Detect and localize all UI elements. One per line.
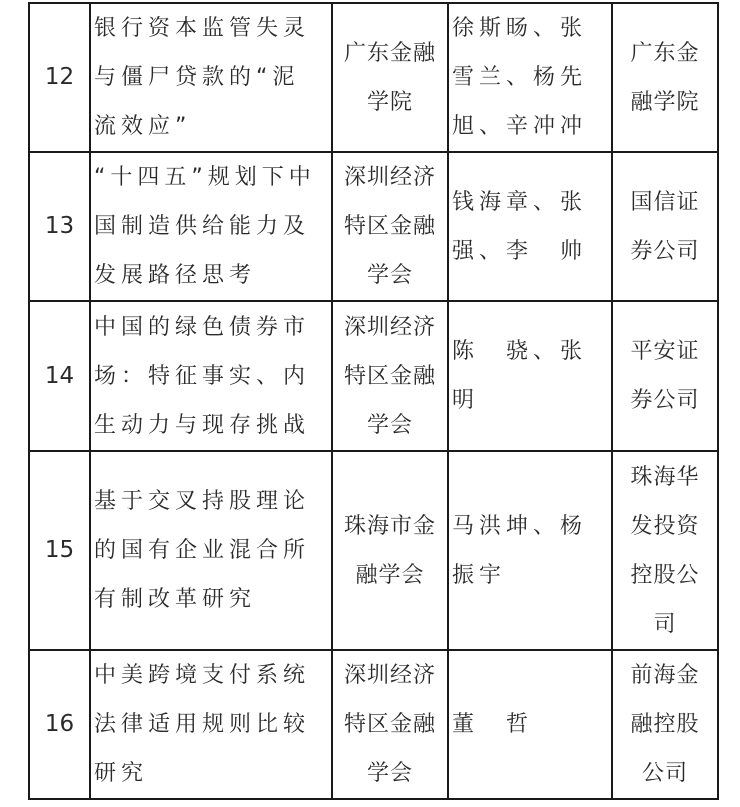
paper-title: 中国的绿色债券市 场：特征事实、内 生动力与现存挑战 [90,301,332,451]
row-index: 16 [29,650,90,799]
table-row: 16 中美跨境支付系统 法律适用规则比较 研究 深圳经济 特区金融 学会 董 哲… [29,650,718,799]
paper-title: 银行资本监管失灵 与僵尸贷款的“泥 流效应” [90,3,332,152]
author-affiliation: 平安证 券公司 [612,301,718,451]
table-row: 14 中国的绿色债券市 场：特征事实、内 生动力与现存挑战 深圳经济 特区金融 … [29,301,718,451]
paper-title: 基于交叉持股理论 的国有企业混合所 有制改革研究 [90,451,332,650]
row-index: 15 [29,451,90,650]
authors: 徐斯旸、张 雪兰、杨先 旭、辛冲冲 [448,3,612,152]
table-row: 15 基于交叉持股理论 的国有企业混合所 有制改革研究 珠海市金 融学会 马洪坤… [29,451,718,650]
paper-title: “十四五”规划下中 国制造供给能力及 发展路径思考 [90,152,332,301]
authors: 陈 骁、张 明 [448,301,612,451]
row-index: 13 [29,152,90,301]
recommending-organization: 深圳经济 特区金融 学会 [332,650,448,799]
authors: 马洪坤、杨 振宇 [448,451,612,650]
table-row: 12 银行资本监管失灵 与僵尸贷款的“泥 流效应” 广东金融 学院 徐斯旸、张 … [29,3,718,152]
recommending-organization: 深圳经济 特区金融 学会 [332,152,448,301]
recommending-organization: 深圳经济 特区金融 学会 [332,301,448,451]
recommending-organization: 广东金融 学院 [332,3,448,152]
recommending-organization: 珠海市金 融学会 [332,451,448,650]
awards-table-container: 12 银行资本监管失灵 与僵尸贷款的“泥 流效应” 广东金融 学院 徐斯旸、张 … [28,2,719,800]
row-index: 12 [29,3,90,152]
paper-title: 中美跨境支付系统 法律适用规则比较 研究 [90,650,332,799]
authors: 董 哲 [448,650,612,799]
author-affiliation: 广东金 融学院 [612,3,718,152]
awards-table: 12 银行资本监管失灵 与僵尸贷款的“泥 流效应” 广东金融 学院 徐斯旸、张 … [28,2,719,800]
row-index: 14 [29,301,90,451]
authors: 钱海章、张 强、李 帅 [448,152,612,301]
table-row: 13 “十四五”规划下中 国制造供给能力及 发展路径思考 深圳经济 特区金融 学… [29,152,718,301]
author-affiliation: 前海金 融控股 公司 [612,650,718,799]
author-affiliation: 珠海华 发投资 控股公 司 [612,451,718,650]
author-affiliation: 国信证 券公司 [612,152,718,301]
